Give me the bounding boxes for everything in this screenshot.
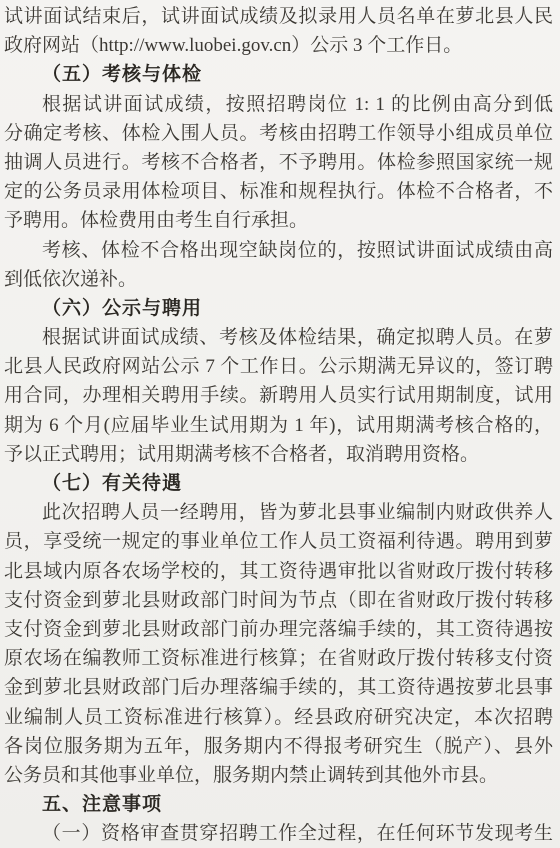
text-line: 北县人民政府网站公示 7 个工作日。公示期满无异议的，签订聘 bbox=[4, 352, 553, 381]
subsection-heading: （五）考核与体检 bbox=[4, 60, 553, 89]
text-line: 予以正式聘用；试用期满考核不合格者，取消聘用资格。 bbox=[4, 440, 553, 469]
text-line: 根据试讲面试成绩、考核及体检结果，确定拟聘人员。在萝 bbox=[4, 323, 553, 352]
text-line: 原农场在编教师工资标准进行核算；在省财政厅拨付转移支付资 bbox=[4, 644, 553, 673]
text-line: 北县域内原各农场学校的，其工资待遇审批以省财政厅拨付转移 bbox=[4, 557, 553, 586]
text-line: 业编制人员工资标准进行核算）。经县政府研究决定，本次招聘 bbox=[4, 703, 553, 732]
text-line: 抽调人员进行。考核不合格者，不予聘用。体检参照国家统一规 bbox=[4, 148, 553, 177]
text-line: 到低依次递补。 bbox=[4, 265, 553, 294]
text-line: 试讲面试结束后，试讲面试成绩及拟录用人员名单在萝北县人民 bbox=[4, 2, 553, 31]
text-line: 根据试讲面试成绩，按照招聘岗位 1: 1 的比例由高分到低 bbox=[4, 90, 553, 119]
text-line: 定的公务员录用体检项目、标准和规程执行。体检不合格者，不 bbox=[4, 177, 553, 206]
text-line: 员，享受统一规定的事业单位工作人员工资福利待遇。聘用到萝 bbox=[4, 527, 553, 556]
subsection-heading: （七）有关待遇 bbox=[4, 469, 553, 498]
text-line: 公务员和其他事业单位，服务期内禁止调转到其他外市县。 bbox=[4, 761, 553, 790]
text-line: 分确定考核、体检入围人员。考核由招聘工作领导小组成员单位 bbox=[4, 119, 553, 148]
text-line: 支付资金到萝北县财政部门前办理完落编手续的，其工资待遇按 bbox=[4, 615, 553, 644]
text-line: 金到萝北县财政部门后办理落编手续的，其工资待遇按萝北县事 bbox=[4, 673, 553, 702]
text-line: 考核、体检不合格出现空缺岗位的，按照试讲面试成绩由高 bbox=[4, 236, 553, 265]
section-heading: 五、注意事项 bbox=[4, 790, 553, 819]
text-line: 政府网站（http://www.luobei.gov.cn）公示 3 个工作日。 bbox=[4, 31, 553, 60]
text-line: （一）资格审查贯穿招聘工作全过程，在任何环节发现考生 bbox=[4, 819, 553, 848]
document-page: 试讲面试结束后，试讲面试成绩及拟录用人员名单在萝北县人民政府网站（http://… bbox=[0, 0, 560, 848]
subsection-heading: （六）公示与聘用 bbox=[4, 294, 553, 323]
text-line: 用合同，办理相关聘用手续。新聘用人员实行试用期制度，试用 bbox=[4, 381, 553, 410]
text-line: 各岗位服务期为五年，服务期内不得报考研究生（脱产）、县外 bbox=[4, 732, 553, 761]
text-line: 予聘用。体检费用由考生自行承担。 bbox=[4, 206, 553, 235]
text-line: 此次招聘人员一经聘用，皆为萝北县事业编制内财政供养人 bbox=[4, 498, 553, 527]
text-line: 支付资金到萝北县财政部门时间为节点（即在省财政厅拨付转移 bbox=[4, 586, 553, 615]
text-line: 期为 6 个月(应届毕业生试用期为 1 年)，试用期满考核合格的， bbox=[4, 411, 553, 440]
